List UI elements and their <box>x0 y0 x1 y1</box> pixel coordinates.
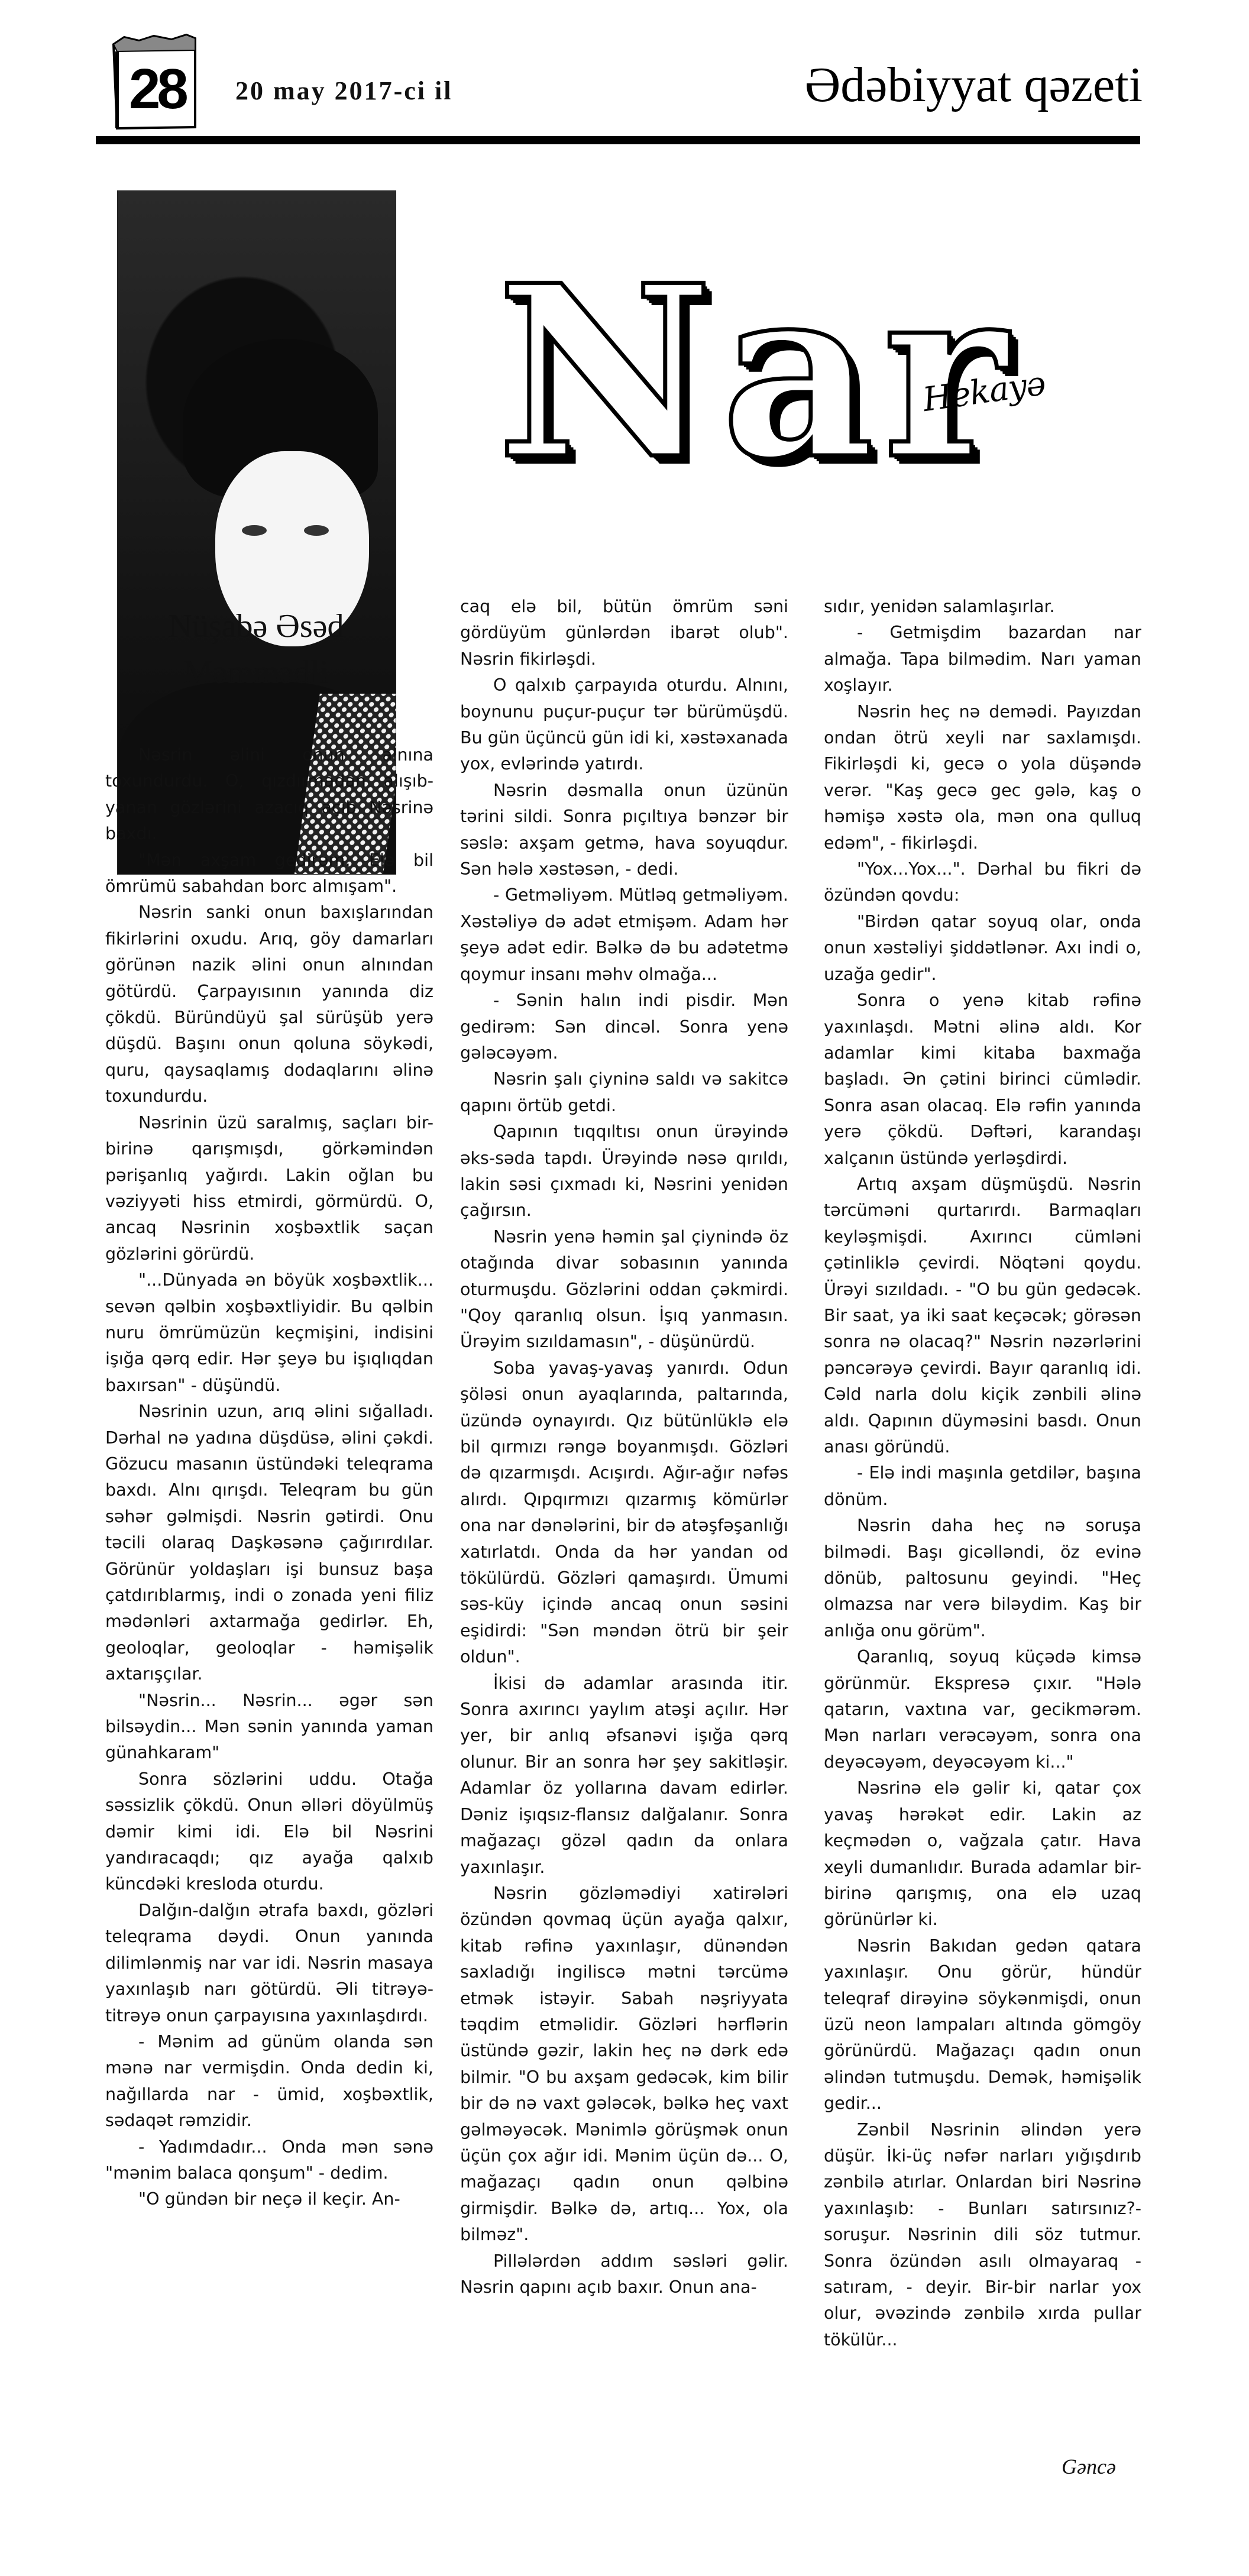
page-number-badge: 28 <box>106 33 207 130</box>
photo-eye <box>242 525 267 536</box>
page-number: 28 <box>129 61 185 118</box>
author-name-line-2: Məmmədli <box>117 649 395 695</box>
paragraph: "...Dünyada ən böyük xoşbəxtlik... sevən… <box>105 1267 433 1399</box>
paragraph: - Getməliyəm. Mütləq getməliyəm. Xəstəli… <box>460 882 788 988</box>
masthead: 28 20 may 2017-ci il Ədəbiyyat qəzeti <box>0 0 1249 154</box>
paragraph: - Yadımdadır... Onda mən sənə "mənim bal… <box>105 2134 433 2187</box>
paragraph: Nəsrin dəsmalla onun üzünün tərini sildi… <box>460 778 788 883</box>
paragraph: İkisi də adamlar arasında itir. Sonra ax… <box>460 1671 788 1881</box>
paragraph: Nəsrinə elə gəlir ki, qatar çox yavaş hə… <box>824 1775 1141 1933</box>
paragraph: caq elə bil, bütün ömrüm səni gördüyüm g… <box>460 594 788 672</box>
paragraph: "O gündən bir neçə il keçir. An- <box>105 2186 433 2212</box>
article-signoff-location: Gəncə <box>1062 2454 1116 2479</box>
paragraph: "Yox...Yox...". Dərhal bu fikri də özünd… <box>824 856 1141 909</box>
paragraph: Nəsrin əlini onun alnına toxundurdu. O, … <box>105 742 433 847</box>
issue-date: 20 may 2017-ci il <box>235 76 453 106</box>
paragraph: Nəsrin yenə həmin şal çiynində öz otağın… <box>460 1224 788 1355</box>
paragraph: "Nəsrin... Nəsrin... əgər sən bilsəydin.… <box>105 1688 433 1766</box>
paragraph: sıdır, yenidən salamlaşırlar. <box>824 594 1141 620</box>
paragraph: Artıq axşam düşmüşdü. Nəsrin tərcüməni q… <box>824 1172 1141 1460</box>
paragraph: Qapının tıqqıltısı onun ürəyində əks-səd… <box>460 1119 788 1224</box>
text-column-1: Nəsrin əlini onun alnına toxundurdu. O, … <box>105 742 433 2213</box>
article-title-block: Nar <box>497 254 1195 503</box>
paragraph: Nəsrin sanki onun baxışlarından fikirlər… <box>105 899 433 1109</box>
author-name: Nüşabə Əsəd Məmmədli <box>117 603 395 695</box>
author-name-line-1: Nüşabə Əsəd <box>117 603 395 649</box>
newspaper-name: Ədəbiyyat qəzeti <box>805 56 1143 114</box>
paragraph: Pillələrdən addım səsləri gəlir. Nəsrin … <box>460 2248 788 2301</box>
paragraph: Nəsrin heç nə demədi. Payızdan ondan ötr… <box>824 699 1141 856</box>
masthead-rule <box>96 136 1140 144</box>
paragraph: Dalğın-dalğın ətrafa baxdı, gözləri tele… <box>105 1898 433 2029</box>
paragraph: O qalxıb çarpayıda oturdu. Alnını, boynu… <box>460 672 788 778</box>
paragraph: "Birdən qatar soyuq olar, onda onun xəst… <box>824 909 1141 988</box>
paragraph: "Mən axşam gedirəm. Elə bil ömrümü sabah… <box>105 847 433 900</box>
article-title: Nar <box>497 254 1016 491</box>
paragraph: - Getmişdim bazardan nar almağa. Tapa bi… <box>824 620 1141 698</box>
paragraph: Nəsrin şalı çiyninə saldı və sakitcə qap… <box>460 1066 788 1119</box>
paragraph: Nəsrin gözləmədiyi xatirələri özündən qo… <box>460 1881 788 2248</box>
paragraph: Nəsrinin üzü saralmış, saçları bir-birin… <box>105 1110 433 1267</box>
photo-eye <box>304 525 329 536</box>
paragraph: Qaranlıq, soyuq küçədə kimsə görünmür. E… <box>824 1644 1141 1775</box>
text-column-3: sıdır, yenidən salamlaşırlar. - Getmişdi… <box>824 594 1141 2353</box>
paragraph: - Sənin halın indi pisdir. Mən gedirəm: … <box>460 988 788 1066</box>
paragraph: Soba yavaş-yavaş yanırdı. Odun şöləsi on… <box>460 1355 788 1671</box>
text-column-2: caq elə bil, bütün ömrüm səni gördüyüm g… <box>460 594 788 2300</box>
paragraph: Zənbil Nəsrinin əlindən yerə düşür. İki-… <box>824 2117 1141 2354</box>
paragraph: - Elə indi maşınla getdilər, başına dönü… <box>824 1460 1141 1513</box>
paragraph: Nəsrinin uzun, arıq əlini sığalladı. Dər… <box>105 1399 433 1687</box>
paragraph: - Mənim ad günüm olanda sən mənə nar ver… <box>105 2029 433 2134</box>
paragraph: Sonra sözlərini uddu. Otağa səssizlik çö… <box>105 1766 433 1898</box>
paragraph: Nəsrin daha heç nə soruşa bilmədi. Başı … <box>824 1513 1141 1644</box>
paragraph: Sonra o yenə kitab rəfinə yaxınlaşdı. Mə… <box>824 988 1141 1172</box>
paragraph: Nəsrin Bakıdan gedən qatara yaxınlaşır. … <box>824 1933 1141 2117</box>
